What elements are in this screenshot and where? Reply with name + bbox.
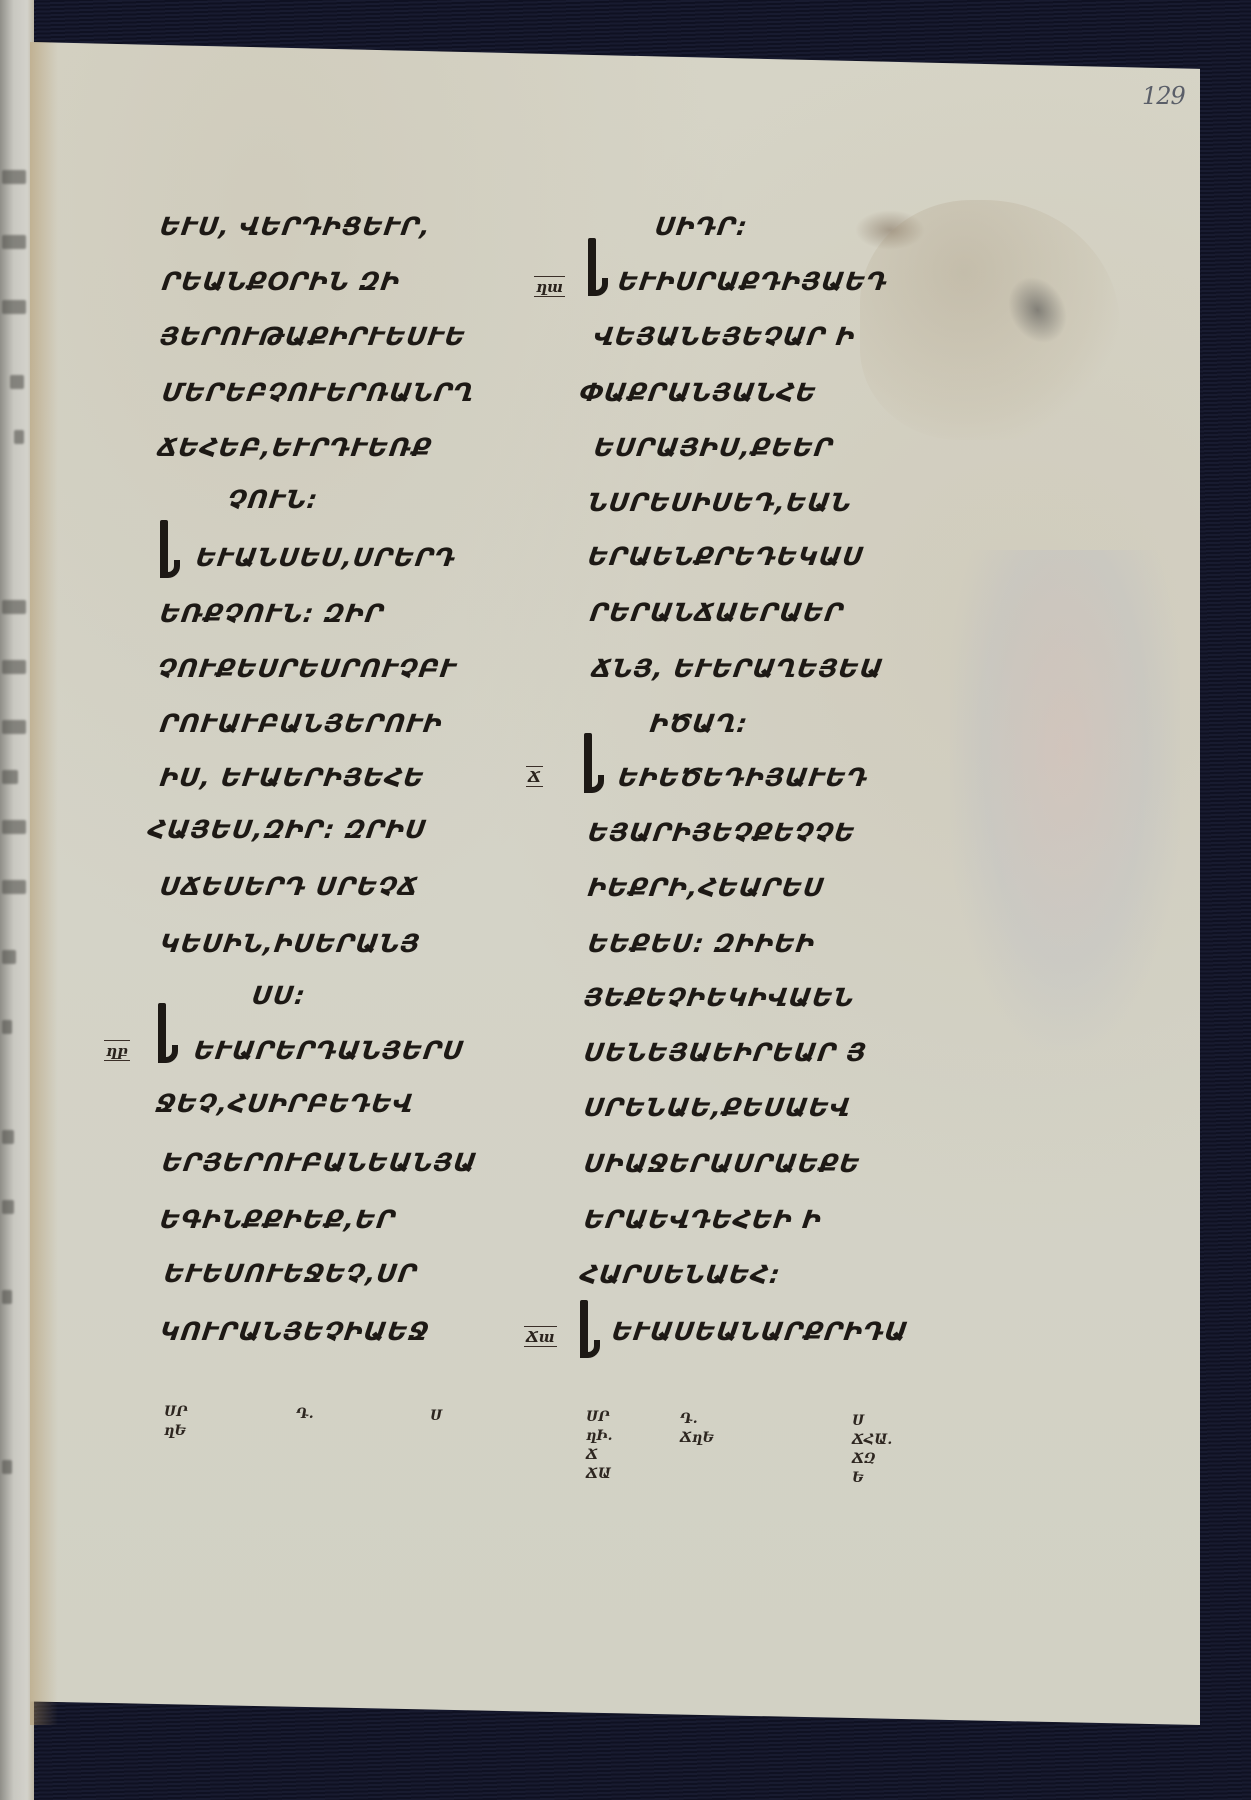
folio-number: 129 (1142, 82, 1185, 110)
canon-note: ՍՐ ղԵ (164, 1403, 188, 1441)
text-line: ԵՒԵՍՈՒԵՋԵՉ,ՍՐ (162, 1259, 420, 1289)
text-line: ՍԻԱՋԵՐԱՍՐԱԵՔԵ (582, 1149, 863, 1179)
text-line: ՉՈՒՔԵՍՐԵՍՐՈՒՉԲՒ (156, 654, 459, 684)
text-line: ԵՍՐԱՅԻՍ,ՔԵԵՐ (592, 433, 836, 463)
text-line: ԵՒՍ, ՎԵՐԴԻՑԵՒՐ, (158, 212, 433, 242)
initial-letter (584, 733, 592, 791)
text-line: ՉՈՒՆ: (226, 485, 320, 515)
text-line: ԵՐԱԵՎԴԵՀԵԻ Ի (582, 1205, 824, 1235)
text-line: ՓԱՔՐԱՆՅԱՆՀԵ (578, 378, 819, 408)
text-line: ԻՍ, ԵՒԱԵՐԻՅԵՀԵ (158, 763, 427, 793)
text-line: ՅԵՐՈՒԹԱՔԻՐՒԵՍՒԵ (158, 322, 468, 352)
text-line: ՐԵՐԱՆՃԱԵՐԱԵՐ (588, 598, 846, 628)
ornament-show-through (950, 550, 1180, 1050)
text-line: ՎԵՅԱՆԵՅԵՉԱՐ Ի (592, 322, 858, 352)
canon-note: Դ. (296, 1405, 314, 1424)
text-line: ԿՈՒՐԱՆՅԵՉԻԱԵՋ (158, 1317, 432, 1347)
canon-note: Ս (430, 1407, 442, 1426)
text-line: ԵՒԻՍՐԱՔԴԻՅԱԵԴ (616, 267, 890, 297)
gutter-shadow (30, 42, 58, 1725)
margin-section-number: ղա (534, 276, 565, 297)
text-line: ՐԵԱՆՔՕՐԻՆ ԶԻ (160, 267, 402, 297)
text-line: ԵՅԱՐԻՅԵՉՔԵՉՉԵ (586, 818, 858, 848)
text-line: ՅԵՔԵՉԻԵԿԻՎԱԵՆ (582, 983, 857, 1013)
canon-note: Ս ՃՀԱ. ՃԶ Ե (852, 1412, 892, 1488)
text-line: ՃԵՀԵԲ,ԵՒՐԴՒԵՌՔ (156, 433, 434, 463)
text-line: ՍԵՆԵՅԱԵԻՐԵԱՐ Յ (582, 1038, 869, 1068)
text-line: ԻԾԱՂ: (648, 709, 750, 739)
margin-section-number: Ճա (524, 1326, 557, 1347)
canon-note: ՍՐ ղԻ. Ճ ՃԱ (586, 1408, 612, 1484)
text-line: ՍԻԴՐ: (653, 212, 750, 242)
text-line: ԵՐԱԵՆՔՐԵԴԵԿԱՍ (586, 542, 866, 572)
text-line: ԵԻԵԾԵԴԻՅԱՒԵԴ (616, 763, 870, 793)
text-line: ՆՍՐԵՍԻՍԵԴ,ԵԱՆ (586, 488, 854, 518)
text-line: ԵՒԱՐԵՐԴԱՆՅԵՐՍ (192, 1036, 466, 1066)
text-line: ԻԵՔՐԻ,ՀԵԱՐԵՍ (586, 873, 827, 903)
initial-letter (588, 238, 596, 294)
text-line: ԵՌՔՉՈՒՆ: ԶԻՐ (158, 599, 387, 629)
text-line: ՍՃԵՍԵՐԴ ՍՐԵՉՃ (158, 872, 421, 902)
text-line: ՃՆՅ, ԵՒԵՐԱՂԵՅԵԱ (590, 654, 886, 684)
text-line: ԵՒԱՍԵԱՆԱՐՔՐԻԴԱ (610, 1317, 910, 1347)
text-line: ՀԱՅԵՍ,ԶԻՐ: ԶՐԻՍ (146, 815, 429, 845)
canon-note: Դ. ՃղԵ (680, 1410, 714, 1448)
text-line: ԿԵՍԻՆ,ԻՍԵՐԱՆՅ (158, 929, 423, 959)
initial-letter (580, 1300, 588, 1356)
initial-letter (158, 1003, 166, 1061)
text-line: ՄԵՐԵԲՉՈՒԵՐՌԱՆՐՂ (160, 378, 476, 408)
text-line: ԵԵՔԵՍ: ԶԻԻԵԻ (586, 929, 817, 959)
text-line: ԵԳԻՆՔՔԻԵՔ,ԵՐ (158, 1205, 398, 1235)
previous-page-edge (0, 0, 34, 1800)
text-line: ՀԱՐՍԵՆԱԵՀ: (578, 1260, 783, 1290)
text-line: ՋԵՉ,ՀՍԻՐԲԵԴԵՎ (154, 1089, 416, 1119)
margin-section-number: Ճ (526, 766, 543, 787)
text-line: ՐՈՒԱՒԲԱՆՅԵՐՈՒԻ (158, 709, 445, 739)
text-line: ՍՐԵՆԱԵ,ՔԵՍԱԵՎ (582, 1093, 853, 1123)
text-line: ԵՒԱՆՍԵՍ,ՍՐԵՐԴ (194, 543, 458, 573)
text-line: ՍՍ: (250, 981, 308, 1011)
margin-section-number: ղբ (104, 1040, 130, 1061)
text-line: ԵՐՅԵՐՈՒԲԱՆԵԱՆՅԱ (160, 1148, 479, 1178)
initial-letter (160, 520, 168, 576)
